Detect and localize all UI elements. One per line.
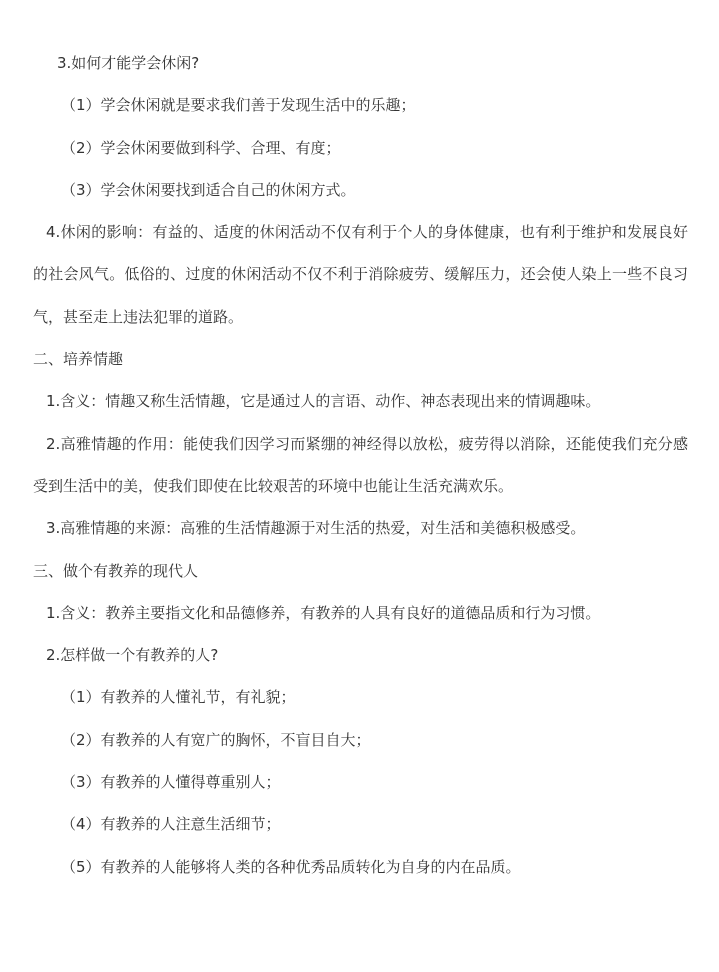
- list-item: （5）有教养的人能够将人类的各种优秀品质转化为自身的内在品质。: [33, 846, 688, 888]
- list-item: （1）学会休闲就是要求我们善于发现生活中的乐趣；: [33, 84, 688, 126]
- numbered-paragraph: 4.休闲的影响：有益的、适度的休闲活动不仅有利于个人的身体健康，也有利于维护和发…: [33, 211, 688, 338]
- list-item: （1）有教养的人懂礼节，有礼貌；: [33, 676, 688, 718]
- list-item: （3）学会休闲要找到适合自己的休闲方式。: [33, 169, 688, 211]
- numbered-question: 3.如何才能学会休闲?: [33, 42, 688, 84]
- section-heading: 三、做个有教养的现代人: [33, 550, 688, 592]
- numbered-paragraph: 3.高雅情趣的来源：高雅的生活情趣源于对生活的热爱，对生活和美德积极感受。: [33, 507, 688, 549]
- numbered-question: 2.怎样做一个有教养的人?: [33, 634, 688, 676]
- list-item: （3）有教养的人懂得尊重别人；: [33, 761, 688, 803]
- section-heading: 二、培养情趣: [33, 338, 688, 380]
- list-item: （4）有教养的人注意生活细节；: [33, 803, 688, 845]
- numbered-paragraph: 1.含义：教养主要指文化和品德修养，有教养的人具有良好的道德品质和行为习惯。: [33, 592, 688, 634]
- list-item: （2）有教养的人有宽广的胸怀，不盲目自大；: [33, 719, 688, 761]
- numbered-paragraph: 2.高雅情趣的作用：能使我们因学习而紧绷的神经得以放松，疲劳得以消除，还能使我们…: [33, 423, 688, 508]
- list-item: （2）学会休闲要做到科学、合理、有度；: [33, 127, 688, 169]
- numbered-paragraph: 1.含义：情趣又称生活情趣，它是通过人的言语、动作、神态表现出来的情调趣味。: [33, 380, 688, 422]
- document-page: 3.如何才能学会休闲? （1）学会休闲就是要求我们善于发现生活中的乐趣； （2）…: [0, 0, 719, 972]
